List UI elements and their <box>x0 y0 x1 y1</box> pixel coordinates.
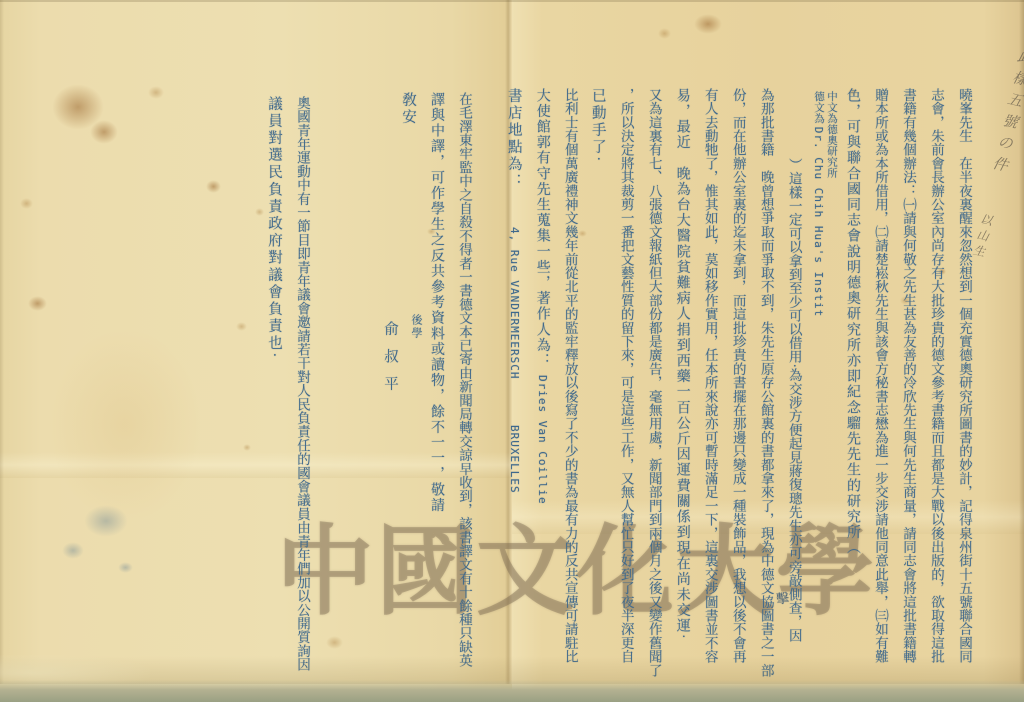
letter-column: 書籍有幾個辦法：㈠請與何敬之先生甚為友善的冷欣先生與何先生商量，請同志會將這批書… <box>894 88 922 680</box>
scanned-letter-page: { "document": { "kind": "scanned typewri… <box>0 0 1024 702</box>
note-chinese: 中文為德奧研究所 <box>825 91 838 317</box>
letter-column: 贈本所或為本所借用，㈡請楚崧秋先生與該會方秘書志懋為進一步交涉請他同意此舉，㈢如… <box>866 88 894 680</box>
letter-column: 志會，朱前會長辦公室內尚存有大批珍貴的德文參考書籍而且都是大戰以後出版的，欲取得… <box>922 88 950 680</box>
scan-edge-bottom <box>0 680 1024 702</box>
salutation-and-opening-column: 曉峯先生 在半夜裏醒來忽然想到一個充實德奧研究所圖書的妙計，記得泉州街十五號聯合… <box>950 88 978 680</box>
inline-bilingual-note: 中文為德奧研究所德文為 Dr. Chu Chih Hua's Instit <box>812 91 838 317</box>
letter-column: 在毛澤東牢監中之自殺不得者一書德文本已寄由新聞局轉交諒早收到，該書譯文有十餘種只… <box>450 92 478 672</box>
letter-column: 有人去動牠了，惟其如此，莫如移作實用，任本所來說亦可暫時滿足一下，這裏交涉圖書並… <box>696 88 724 680</box>
scan-edge-top <box>0 0 1024 2</box>
letter-column: ，所以決定將其裁剪一番把文藝性質的留下來，可是這些工作，又無人幫忙只好到了夜半深… <box>612 88 640 680</box>
letter-column: 又為這裏有七、八張德文報紙但大部份都是廣告，毫無用處，新聞部門到兩個月之後又變作… <box>640 88 668 680</box>
letter-column-with-bilingual-note: 色，可與聯合國同志會說明德奧研究所亦即紀念騮先先生的研究所（中文為德奧研究所德文… <box>808 88 866 680</box>
postscript-block: 奧國青年運動中有一節目即青年議會邀請若干對人民負責任的國會議員由青年們加以公開質… <box>260 96 316 676</box>
note-german-latin: Dr. Chu Chih Hua's Instit <box>812 127 825 318</box>
letter-text: 色，可與聯合國同志會說明德奧研究所亦即紀念騮先先生的研究所（ <box>845 88 860 556</box>
postscript-column: 奧國青年運動中有一節目即青年議會邀請若干對人民負責任的國會議員由青年們加以公開質… <box>288 96 316 676</box>
letter-column-bookshop-address: 書店地點為：4, Rue VANDERMEERSCHBRUXELLES <box>500 88 528 680</box>
letter-column: 份，而在他辦公室裏的迄未拿到，而這批珍貴的書擺在那邊只變成一種裝飾品，我想以後不… <box>724 88 752 680</box>
postscript-column: 議員對選民負責政府對議會負責也· <box>260 96 288 676</box>
signature-block: 後學 俞叔平 <box>377 314 429 404</box>
address-city-latin: BRUXELLES <box>508 425 521 494</box>
handwritten-correction: 擊 <box>775 587 790 607</box>
letter-column: 比利士有個萬廣禮神文幾年前從北平的監牢釋放以後寫了不少的書為最有力的反共宣傳可請… <box>556 88 584 680</box>
note-german-prefix: 德文為 <box>813 91 824 124</box>
letter-column-with-author-name: 大使館郭有守先生蒐集一些，著作人為：Dries Van Coillie <box>528 88 556 680</box>
note-german: 德文為 Dr. Chu Chih Hua's Instit <box>812 91 825 317</box>
letter-text: 大使館郭有守先生蒐集一些，著作人為： <box>535 88 550 369</box>
letter-text: 書店地點為： <box>506 88 522 191</box>
letter-body-right-page: 曉峯先生 在半夜裏醒來忽然想到一個充實德奧研究所圖書的妙計，記得泉州街十五號聯合… <box>500 88 978 680</box>
author-name-latin: Dries Van Coillie <box>536 375 549 505</box>
signature-name: 俞叔平 <box>377 314 403 404</box>
signature-honorific: 後學 <box>403 314 429 404</box>
scan-edge-left <box>0 0 4 684</box>
address-street-latin: 4, Rue VANDERMEERSCH <box>508 227 521 379</box>
letter-column: 易，最近 晚為台大醫院貧難病人捐到西藥一百公斤因運費關係到現在尚未交運· <box>668 88 696 680</box>
letter-column: 已動手了· <box>584 88 612 680</box>
